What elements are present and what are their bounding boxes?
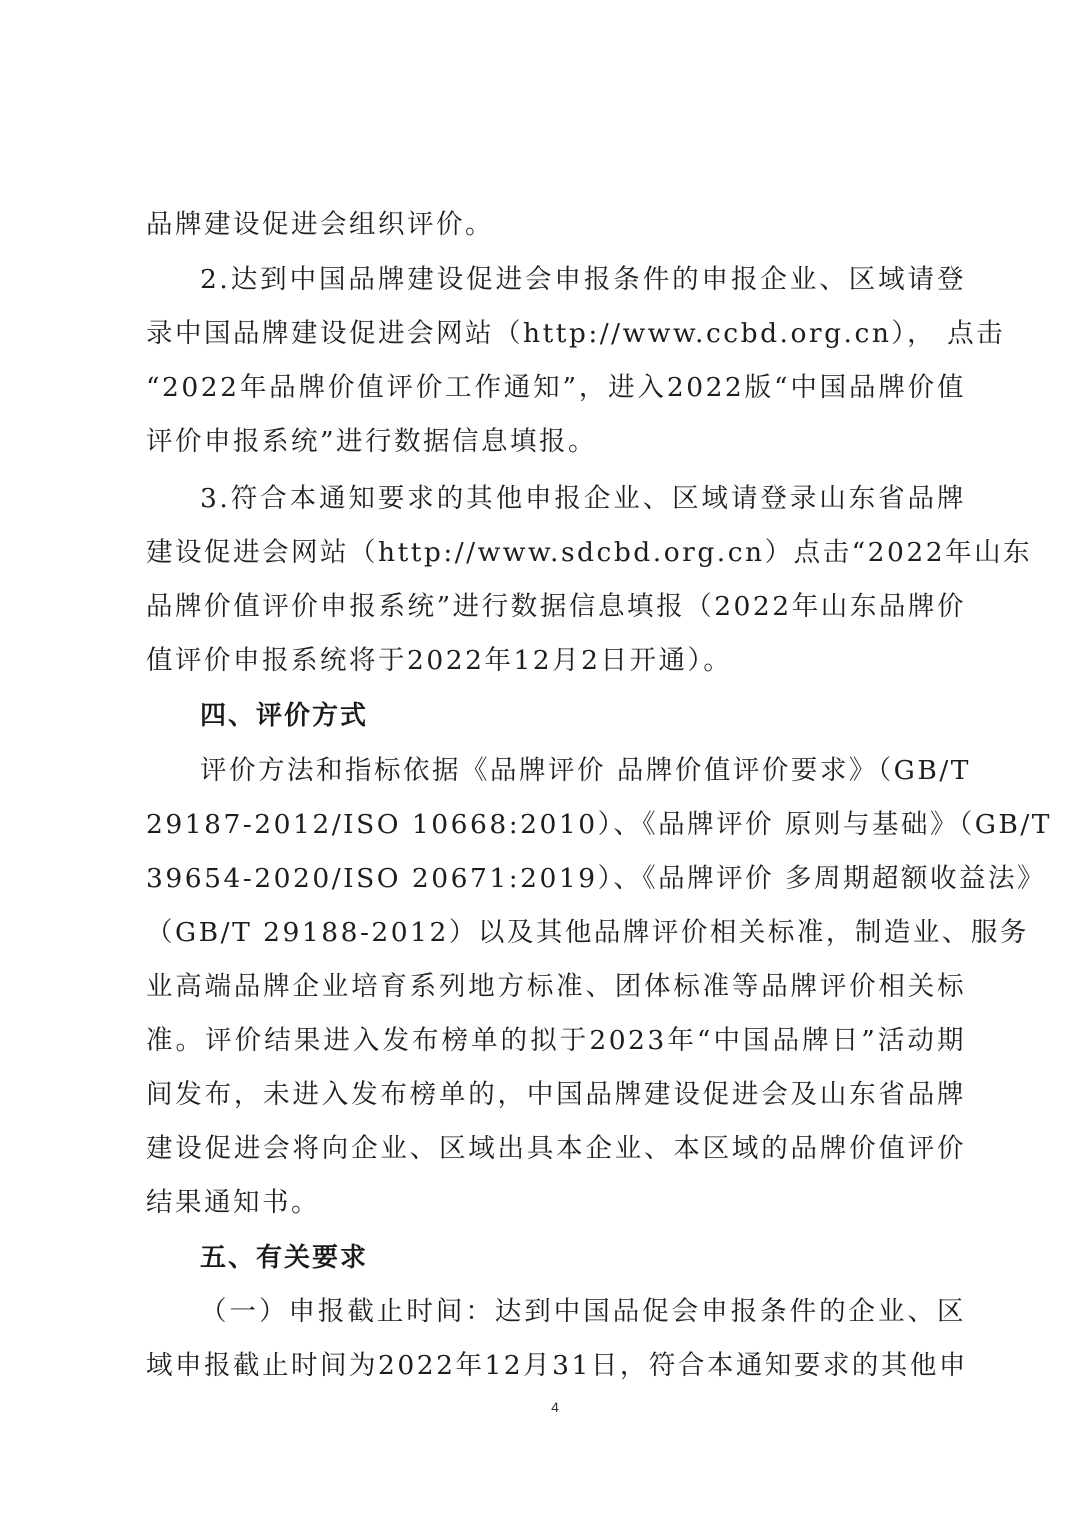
body-text-line: “2022年品牌价值评价工作通知”，进入2022版“中国品牌价值 bbox=[146, 366, 966, 410]
body-text-line: 2.达到中国品牌建设促进会申报条件的申报企业、区域请登 bbox=[200, 258, 966, 302]
section-heading-evaluation-method: 四、评价方式 bbox=[200, 694, 368, 738]
section-heading-requirements: 五、有关要求 bbox=[200, 1236, 368, 1280]
body-text-line: 评价申报系统”进行数据信息填报。 bbox=[146, 420, 966, 464]
body-text-line: （GB/T 29188-2012）以及其他品牌评价相关标准，制造业、服务 bbox=[146, 911, 966, 955]
body-text-line: 值评价申报系统将于2022年12月2日开通）。 bbox=[146, 639, 966, 683]
body-text-line: 业高端品牌企业培育系列地方标准、团体标准等品牌评价相关标 bbox=[146, 965, 966, 1009]
page-number: 4 bbox=[0, 1399, 1080, 1415]
body-text-line: 29187-2012/ISO 10668:2010）、《品牌评价 原则与基础》（… bbox=[146, 803, 966, 847]
body-text-line: 准。评价结果进入发布榜单的拟于2023年“中国品牌日”活动期 bbox=[146, 1019, 966, 1063]
body-text-line: （一）申报截止时间：达到中国品促会申报条件的企业、区 bbox=[200, 1290, 966, 1334]
body-text-line: 评价方法和指标依据《品牌评价 品牌价值评价要求》（GB/T bbox=[200, 749, 966, 793]
body-text-line: 结果通知书。 bbox=[146, 1181, 966, 1225]
body-text-line: 品牌建设促进会组织评价。 bbox=[146, 203, 966, 247]
body-text-line: 域申报截止时间为2022年12月31日，符合本通知要求的其他申 bbox=[146, 1344, 966, 1388]
body-text-line: 录中国品牌建设促进会网站（http://www.ccbd.org.cn）， 点击 bbox=[146, 312, 966, 356]
body-text-line: 39654-2020/ISO 20671:2019）、《品牌评价 多周期超额收益… bbox=[146, 857, 966, 901]
body-text-line: 3.符合本通知要求的其他申报企业、区域请登录山东省品牌 bbox=[200, 477, 966, 521]
body-text-line: 品牌价值评价申报系统”进行数据信息填报（2022年山东品牌价 bbox=[146, 585, 966, 629]
body-text-line: 建设促进会网站（http://www.sdcbd.org.cn）点击“2022年… bbox=[146, 531, 966, 575]
body-text-line: 间发布，未进入发布榜单的，中国品牌建设促进会及山东省品牌 bbox=[146, 1073, 966, 1117]
body-text-line: 建设促进会将向企业、区域出具本企业、本区域的品牌价值评价 bbox=[146, 1127, 966, 1171]
document-page: 品牌建设促进会组织评价。 2.达到中国品牌建设促进会申报条件的申报企业、区域请登… bbox=[0, 0, 1080, 1528]
